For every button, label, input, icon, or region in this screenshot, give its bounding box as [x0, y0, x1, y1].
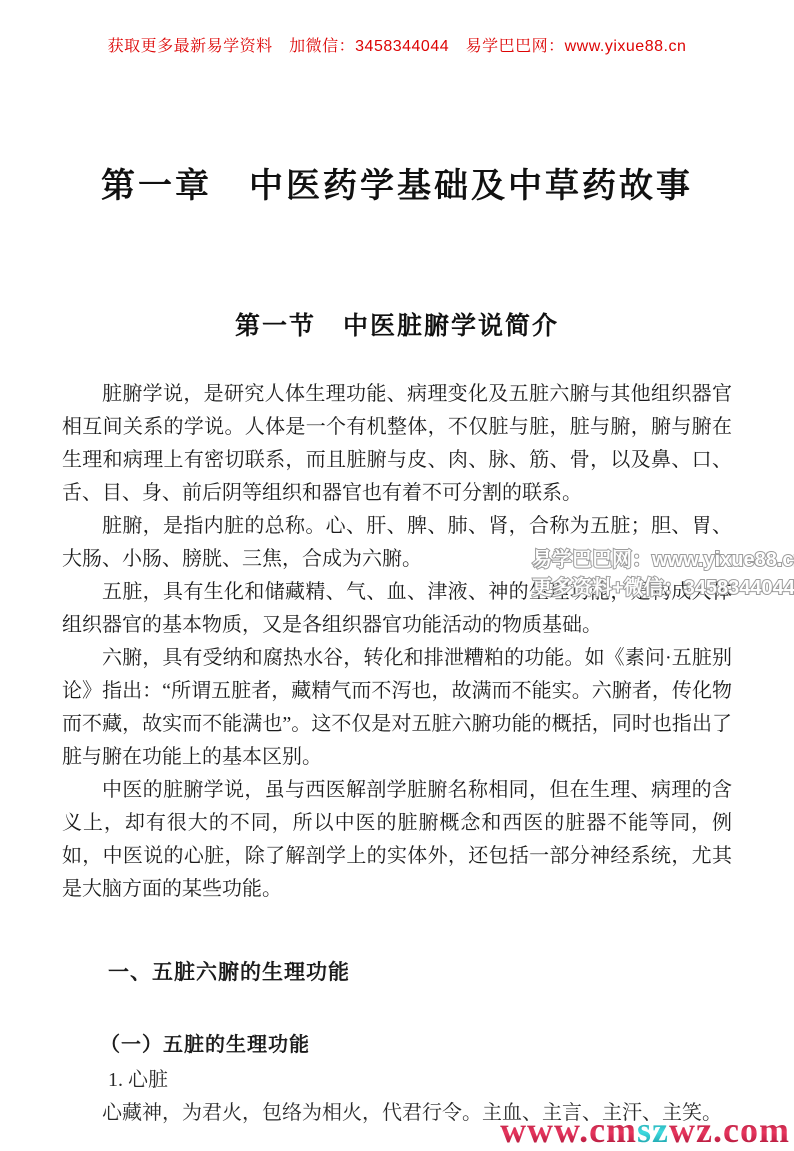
paragraph: 中医的脏腑学说，虽与西医解剖学脏腑名称相同，但在生理、病理的含义上，却有很大的不… [62, 774, 732, 906]
watermark-line1: 易学巴巴网：www.yixue88.cn [532, 546, 794, 574]
chapter-title: 第一章 中医药学基础及中草药故事 [0, 158, 794, 207]
paragraph: 六腑，具有受纳和腐热水谷，转化和排泄糟粕的功能。如《素问·五脏别论》指出：“所谓… [62, 642, 732, 774]
footer-site-mark-part1: www.cm [500, 1110, 637, 1150]
subsection-heading-level1: 一、五脏六腑的生理功能 [62, 956, 732, 989]
footer-site-mark-part2: sz [637, 1110, 669, 1150]
numbered-heading-heart: 1. 心脏 [62, 1064, 732, 1097]
footer-site-mark-part3: wz.com [669, 1110, 790, 1150]
subsection-heading-level2: （一）五脏的生理功能 [62, 1029, 732, 1062]
footer-site-mark: www.cmszwz.com [500, 1109, 790, 1151]
watermark-line2: 更多资料+微信：3458344044 [532, 574, 794, 602]
scanned-book-page: 获取更多最新易学资料 加微信：3458344044 易学巴巴网：www.yixu… [0, 0, 794, 1151]
section-title: 第一节 中医脏腑学说简介 [0, 306, 794, 342]
site-watermark: 易学巴巴网：www.yixue88.cn 更多资料+微信：3458344044 [532, 546, 794, 602]
promo-banner-text: 获取更多最新易学资料 加微信：3458344044 易学巴巴网：www.yixu… [0, 33, 794, 56]
body-text-block: 脏腑学说，是研究人体生理功能、病理变化及五脏六腑与其他组织器官相互间关系的学说。… [62, 378, 732, 1130]
paragraph: 脏腑学说，是研究人体生理功能、病理变化及五脏六腑与其他组织器官相互间关系的学说。… [62, 378, 732, 510]
